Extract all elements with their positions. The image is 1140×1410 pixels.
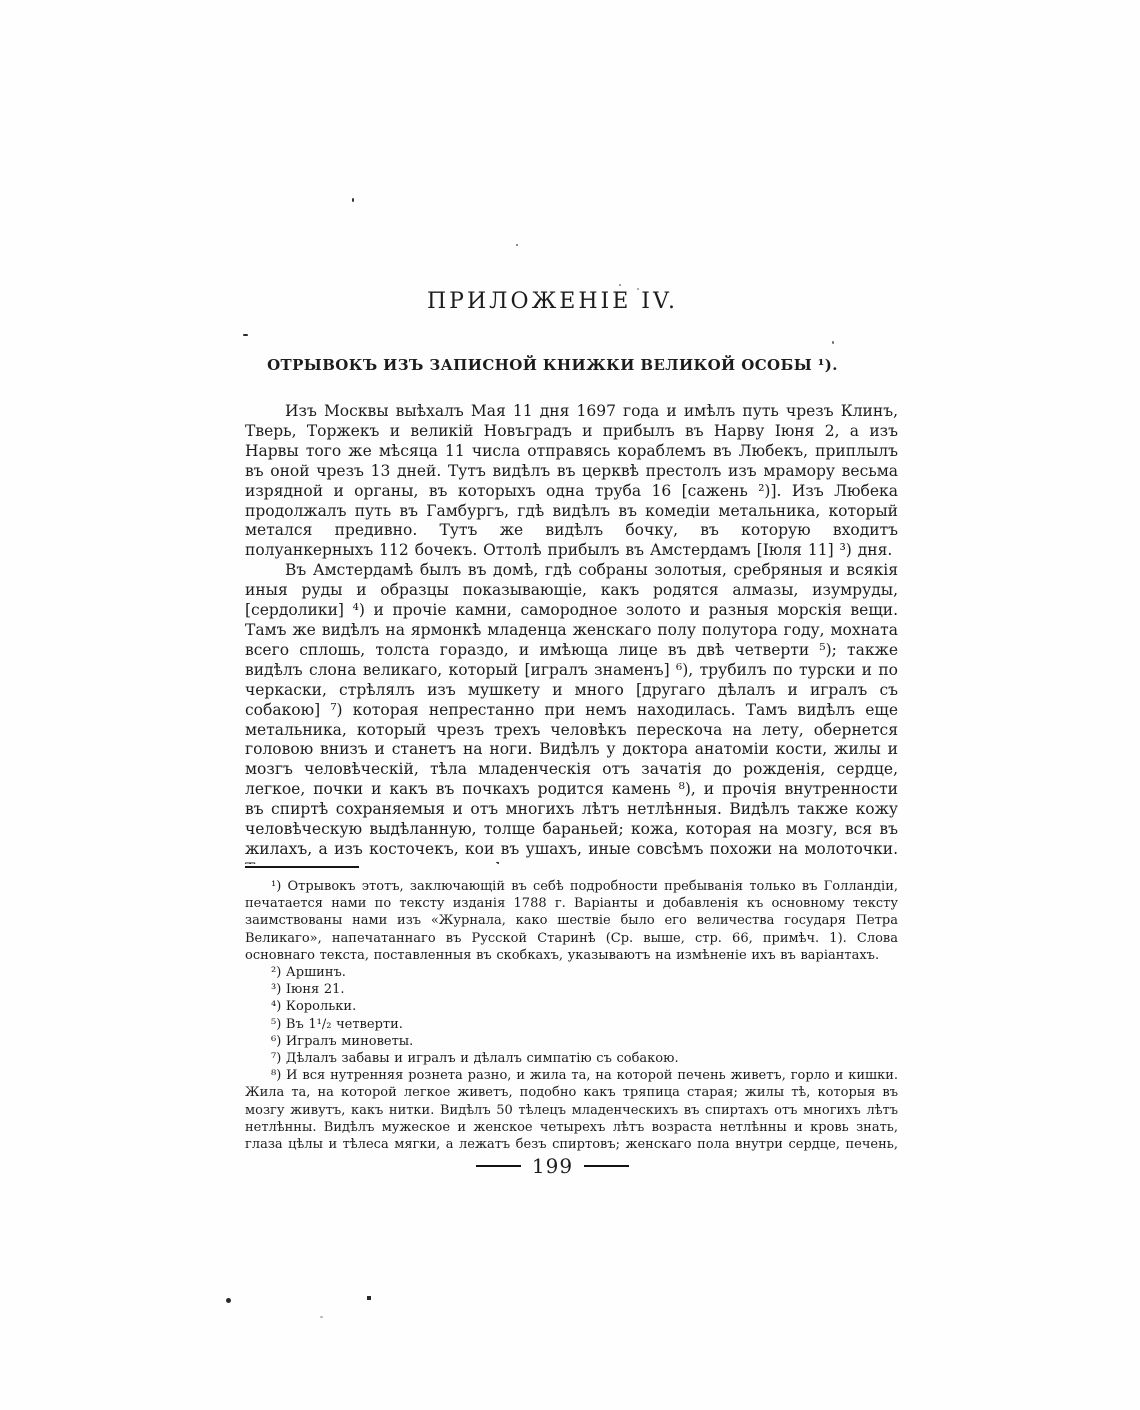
appendix-title: ПРИЛОЖЕНІЕ IV. [245, 289, 860, 314]
body-paragraph: Изъ Москвы выѣхалъ Мая 11 дня 1697 года … [245, 402, 898, 561]
footnote: ²) Аршинъ. [245, 964, 898, 981]
page-number-left-dash [476, 1165, 521, 1168]
page-number: 199 [532, 1156, 573, 1176]
scan-speck [320, 1316, 323, 1318]
footnote: ¹) Отрывокъ этотъ, заключающій въ себѣ п… [245, 878, 898, 964]
footnote-separator-rule [245, 866, 359, 868]
footnote: ⁵) Въ 1¹/₂ четверти. [245, 1016, 898, 1033]
scan-speck [832, 341, 834, 344]
scan-speck [243, 334, 248, 336]
scan-speck [226, 1298, 231, 1303]
scan-speck [352, 198, 354, 202]
scanned-book-page: ПРИЛОЖЕНІЕ IV. ОТРЫВОКЪ ИЗЪ ЗАПИСНОЙ КНИ… [0, 0, 1140, 1410]
main-text-block: Изъ Москвы выѣхалъ Мая 11 дня 1697 года … [245, 402, 898, 864]
footnote: ⁶) Игралъ миноветы. [245, 1033, 898, 1050]
scan-speck [367, 1296, 371, 1300]
page-number-right-dash [584, 1165, 629, 1168]
footnotes-block: ¹) Отрывокъ этотъ, заключающій въ себѣ п… [245, 878, 898, 1154]
scan-speck [619, 284, 621, 286]
document-subtitle: ОТРЫВОКЪ ИЗЪ ЗАПИСНОЙ КНИЖКИ ВЕЛИКОЙ ОСО… [245, 356, 860, 374]
page-number-row: 199 [245, 1156, 860, 1176]
body-paragraph: Въ Амстердамѣ былъ въ домѣ, гдѣ собраны … [245, 561, 898, 864]
footnote: ⁴) Корольки. [245, 998, 898, 1015]
scan-speck [637, 288, 639, 290]
footnote: ³) Іюня 21. [245, 981, 898, 998]
footnote: ⁸) И вся нутренняя рознета разно, и жила… [245, 1067, 898, 1154]
scan-speck [516, 244, 518, 246]
footnote: ⁷) Дѣлалъ забавы и игралъ и дѣлалъ симпа… [245, 1050, 898, 1067]
